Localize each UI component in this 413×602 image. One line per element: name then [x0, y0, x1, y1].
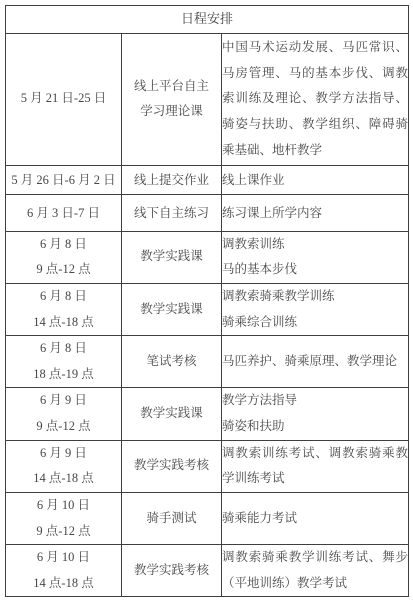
type-cell: 教学实践课: [122, 231, 222, 283]
table-row: 6 月 9 日 14 点-18 点 教学实践考核 调教索训练考试、调教索骑乘教学…: [6, 440, 409, 492]
type-cell: 线上提交作业: [122, 165, 222, 194]
date-cell: 6 月 8 日 9 点-12 点: [6, 231, 122, 283]
content-cell: 调教索骑乘教学训练 骑乘综合训练: [222, 283, 409, 335]
date-cell: 5 月 26 日-6 月 2 日: [6, 165, 122, 194]
content-cell: 练习课上所学内容: [222, 194, 409, 231]
type-cell: 笔试考核: [122, 336, 222, 388]
content-cell: 调教索骑乘教学训练考试、舞步（平地训练）教学考试: [222, 545, 409, 597]
table-row: 5 月 21 日-25 日 线上平台自主 学习理论课 中国马术运动发展、马匹常识…: [6, 33, 409, 165]
table-row: 6 月 10 日 9 点-12 点 骑手测试 骑乘能力考试: [6, 492, 409, 544]
content-cell: 骑乘能力考试: [222, 492, 409, 544]
table-header-row: 日程安排: [6, 6, 409, 34]
table-row: 6 月 8 日 14 点-18 点 教学实践课 调教索骑乘教学训练 骑乘综合训练: [6, 283, 409, 335]
date-cell: 6 月 10 日 9 点-12 点: [6, 492, 122, 544]
type-cell: 线下自主练习: [122, 194, 222, 231]
content-cell: 调教索训练考试、调教索骑乘教学训练考试: [222, 440, 409, 492]
page: 日程安排 5 月 21 日-25 日 线上平台自主 学习理论课 中国马术运动发展…: [0, 0, 413, 602]
type-cell: 教学实践考核: [122, 440, 222, 492]
table-row: 5 月 26 日-6 月 2 日 线上提交作业 线上课作业: [6, 165, 409, 194]
table-row: 6 月 9 日 9 点-12 点 教学实践课 教学方法指导 骑姿和扶助: [6, 388, 409, 440]
table-row: 6 月 8 日 9 点-12 点 教学实践课 调教索训练 马的基本步伐: [6, 231, 409, 283]
date-cell: 5 月 21 日-25 日: [6, 33, 122, 165]
table-row: 6 月 3 日-7 日 线下自主练习 练习课上所学内容: [6, 194, 409, 231]
schedule-table: 日程安排 5 月 21 日-25 日 线上平台自主 学习理论课 中国马术运动发展…: [5, 5, 409, 597]
type-cell: 教学实践课: [122, 388, 222, 440]
table-row: 6 月 10 日 14 点-18 点 教学实践考核 调教索骑乘教学训练考试、舞步…: [6, 545, 409, 597]
content-cell: 马匹养护、骑乘原理、教学理论: [222, 336, 409, 388]
content-cell: 调教索训练 马的基本步伐: [222, 231, 409, 283]
date-cell: 6 月 10 日 14 点-18 点: [6, 545, 122, 597]
type-cell: 教学实践考核: [122, 545, 222, 597]
content-cell: 中国马术运动发展、马匹常识、马房管理、马的基本步伐、调教索训练及理论、教学方法指…: [222, 33, 409, 165]
content-cell: 教学方法指导 骑姿和扶助: [222, 388, 409, 440]
date-cell: 6 月 3 日-7 日: [6, 194, 122, 231]
type-cell: 线上平台自主 学习理论课: [122, 33, 222, 165]
type-cell: 教学实践课: [122, 283, 222, 335]
date-cell: 6 月 8 日 18 点-19 点: [6, 336, 122, 388]
table-row: 6 月 8 日 18 点-19 点 笔试考核 马匹养护、骑乘原理、教学理论: [6, 336, 409, 388]
date-cell: 6 月 9 日 14 点-18 点: [6, 440, 122, 492]
date-cell: 6 月 8 日 14 点-18 点: [6, 283, 122, 335]
table-title: 日程安排: [6, 6, 409, 34]
content-cell: 线上课作业: [222, 165, 409, 194]
date-cell: 6 月 9 日 9 点-12 点: [6, 388, 122, 440]
type-cell: 骑手测试: [122, 492, 222, 544]
